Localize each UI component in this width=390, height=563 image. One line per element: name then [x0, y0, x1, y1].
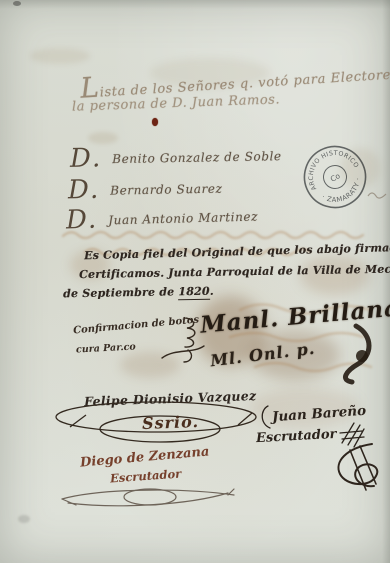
- signature-brace-mark: [258, 404, 272, 430]
- voter-name: Benito Gonzalez de Soble: [112, 149, 282, 166]
- voter-row: D.Bernardo Suarez: [68, 175, 223, 204]
- scrutineer2-line-flourish: [58, 479, 238, 513]
- voter-name: Juan Antonio Martinez: [108, 209, 258, 227]
- margin-pen-mark: [364, 184, 388, 204]
- confirmation-note-line-2: cura Par.co: [76, 341, 136, 355]
- archive-stamp: ARCHIVO HISTORICO · ZAMARATY · Co: [282, 124, 387, 229]
- scrutineer1-signature-title: Escrutador: [256, 427, 337, 446]
- scrutineer1-loop-flourish: [326, 440, 388, 494]
- archive-stamp-graphic: ARCHIVO HISTORICO · ZAMARATY · Co: [282, 124, 387, 229]
- scan-edge-top: [0, 0, 390, 9]
- svg-text:ARCHIVO HISTORICO: ARCHIVO HISTORICO: [298, 140, 359, 191]
- stamp-arc-top-text: ARCHIVO HISTORICO: [298, 140, 359, 191]
- certification-date-prefix: de Septiembre de: [63, 285, 179, 300]
- document-page: Lista de los Señores q. votó para Electo…: [0, 0, 390, 563]
- secretary-signature-title: Ssrio.: [142, 412, 200, 433]
- certification-year: 1820: [178, 285, 210, 301]
- voter-initial: D.: [66, 205, 99, 236]
- scan-speck: [18, 515, 30, 523]
- voter-name: Bernardo Suarez: [110, 181, 222, 197]
- main-signature-swash: [322, 322, 380, 386]
- voter-initial: D.: [68, 175, 101, 206]
- certification-date-suffix: .: [210, 285, 214, 298]
- paper-stain: [30, 48, 90, 64]
- voter-row: D.Benito Gonzalez de Soble: [70, 142, 282, 172]
- ink-dot: [152, 118, 158, 126]
- certification-line-3: de Septiembre de 1820.: [63, 285, 214, 301]
- scan-speck: [13, 1, 21, 6]
- voter-initial: D.: [70, 143, 103, 174]
- paper-stain: [88, 132, 118, 144]
- confirmation-rubric-flourish: [158, 314, 206, 366]
- stamp-center-text: Co: [329, 171, 342, 184]
- voter-row: D.Juan Antonio Martinez: [66, 202, 259, 233]
